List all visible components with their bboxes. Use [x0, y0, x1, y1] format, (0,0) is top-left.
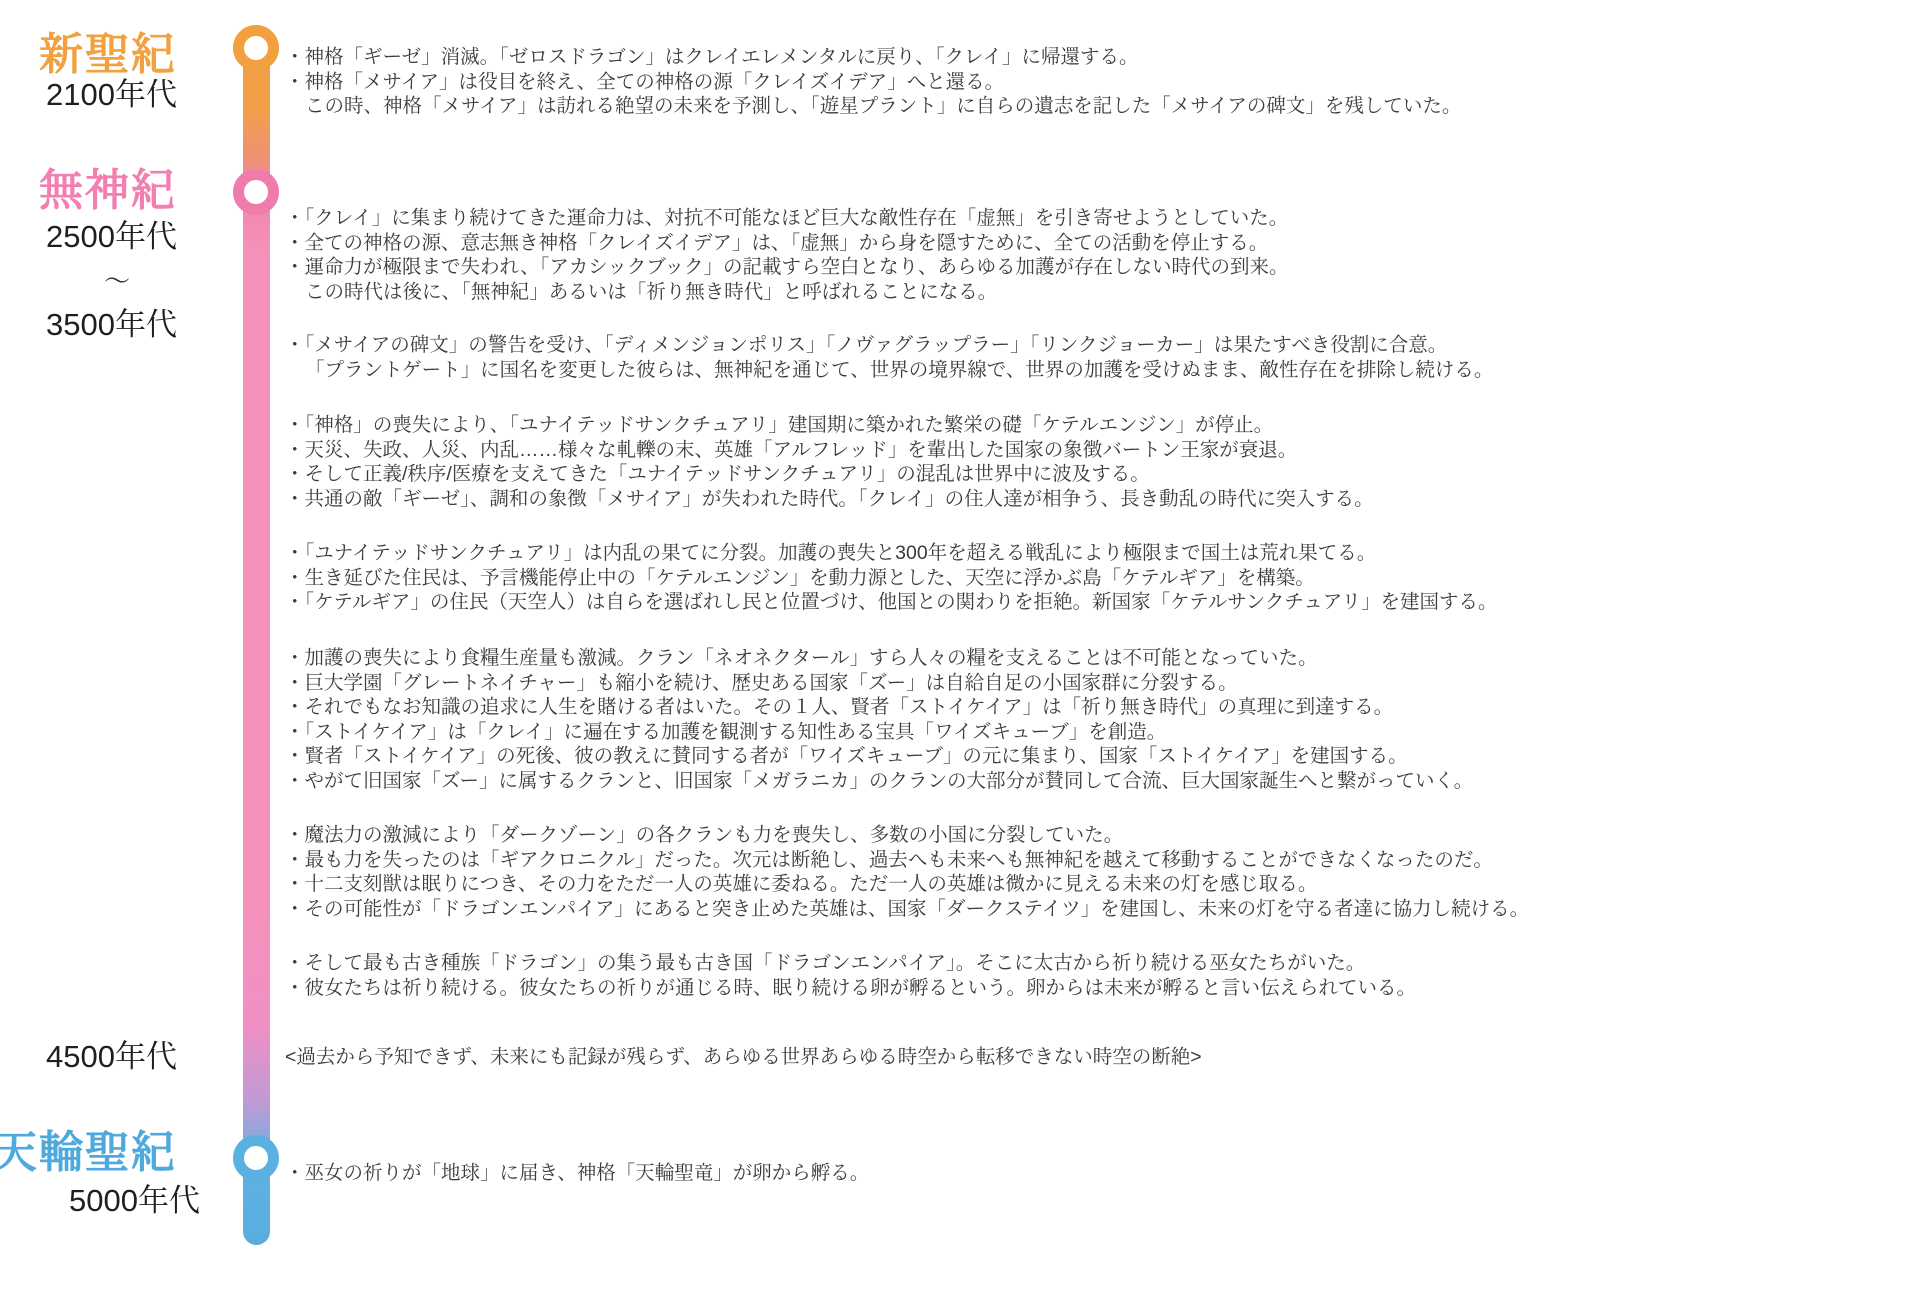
event-line: ・十二支刻獣は眠りにつき、その力をただ一人の英雄に委ねる。ただ一人の英雄は微かに…: [285, 872, 1529, 897]
event-line: ・彼女たちは祈り続ける。彼女たちの祈りが通じる時、眠り続ける卵が孵るという。卵か…: [285, 976, 1416, 1001]
event-line: ・賢者「ストイケイア」の死後、彼の教えに賛同する者が「ワイズキューブ」の元に集ま…: [285, 744, 1473, 769]
timeline-node-icon-shinseiki: [233, 25, 279, 71]
event-line: 「プラントゲート」に国名を変更した彼らは、無神紀を通じて、世界の境界線で、世界の…: [285, 358, 1493, 383]
event-line: ・そして正義/秩序/医療を支えてきた「ユナイテッドサンクチュアリ」の混乱は世界中…: [285, 462, 1374, 487]
era-label-tenrinseiki: 天輪聖紀: [0, 1131, 177, 1175]
event-line: ・生き延びた住民は、予言機能停止中の「ケテルエンジン」を動力源とした、天空に浮か…: [285, 566, 1498, 591]
event-line: ・運命力が極限まで失われ、「アカシックブック」の記載すら空白となり、あらゆる加護…: [285, 255, 1288, 280]
event-line: ・神格「ギーゼ」消滅。「ゼロスドラゴン」はクレイエレメンタルに戻り、「クレイ」に…: [285, 45, 1461, 70]
event-line: この時代は後に、「無神紀」あるいは「祈り無き時代」と呼ばれることになる。: [285, 280, 1288, 305]
events-block-stoicheia: ・加護の喪失により食糧生産量も激減。クラン「ネオネクタール」すら人々の糧を支える…: [285, 646, 1473, 794]
event-line: ・「ユナイテッドサンクチュアリ」は内乱の果てに分裂。加護の喪失と300年を超える…: [285, 541, 1498, 566]
event-line: ・巫女の祈りが「地球」に届き、神格「天輪聖竜」が卵から孵る。: [285, 1161, 869, 1186]
event-line: ・それでもなお知識の追求に人生を賭ける者はいた。その１人、賢者「ストイケイア」は…: [285, 695, 1473, 720]
event-line: ・天災、失政、人災、内乱……様々な軋轢の末、英雄「アルフレッド」を輩出した国家の…: [285, 438, 1374, 463]
era-year-range-tilde: 〜: [104, 268, 130, 294]
events-block-dragon-empire: ・そして最も古き種族「ドラゴン」の集う最も古き国「ドラゴンエンパイア」。そこに太…: [285, 951, 1416, 1000]
era-year-5000s: 5000年代: [69, 1185, 200, 1216]
event-line: ・加護の喪失により食糧生産量も激減。クラン「ネオネクタール」すら人々の糧を支える…: [285, 646, 1473, 671]
events-block-dark-states: ・魔法力の激減により「ダークゾーン」の各クランも力を喪失し、多数の小国に分裂して…: [285, 823, 1529, 921]
event-line: ・「メサイアの碑文」の警告を受け、「ディメンジョンポリス」「ノヴァグラップラー」…: [285, 333, 1493, 358]
era-year-4500s: 4500年代: [46, 1041, 177, 1072]
event-line: ・「クレイ」に集まり続けてきた運命力は、対抗不可能なほど巨大な敵性存在「虚無」を…: [285, 206, 1288, 231]
event-line: ・魔法力の激減により「ダークゾーン」の各クランも力を喪失し、多数の小国に分裂して…: [285, 823, 1529, 848]
event-line: ・全ての神格の源、意志無き神格「クレイズイデア」は、「虚無」から身を隠すために、…: [285, 231, 1288, 256]
events-block-sanctuary-decline: ・「神格」の喪失により、「ユナイテッドサンクチュアリ」建国期に築かれた繁栄の礎「…: [285, 413, 1374, 511]
event-line: ・やがて旧国家「ズー」に属するクランと、旧国家「メガラニカ」のクランの大部分が賛…: [285, 769, 1473, 794]
event-line: ・神格「メサイア」は役目を終え、全ての神格の源「クレイズイデア」へと還る。: [285, 70, 1461, 95]
event-line: ・共通の敵「ギーゼ」、調和の象徴「メサイア」が失われた時代。「クレイ」の住人達が…: [285, 487, 1374, 512]
event-line: <過去から予知できず、未来にも記録が残らず、あらゆる世界あらゆる時空から転移でき…: [285, 1045, 1202, 1070]
timeline-infographic: 新聖紀 2100年代 無神紀 2500年代 〜 3500年代 4500年代 天輪…: [0, 0, 1920, 1300]
era-year-3500s: 3500年代: [46, 309, 177, 340]
timeline-node-icon-tenrinseiki: [233, 1135, 279, 1181]
era-label-mushinki: 無神紀: [39, 169, 177, 213]
event-line: ・「ストイケイア」は「クレイ」に遍在する加護を観測する知性ある宝具「ワイズキュー…: [285, 720, 1473, 745]
events-block-plant-gate: ・「メサイアの碑文」の警告を受け、「ディメンジョンポリス」「ノヴァグラップラー」…: [285, 333, 1493, 382]
event-line: ・最も力を失ったのは「ギアクロニクル」だった。次元は断絶し、過去へも未来へも無神…: [285, 848, 1529, 873]
events-block-spacetime-severance-note: <過去から予知できず、未来にも記録が残らず、あらゆる世界あらゆる時空から転移でき…: [285, 1045, 1202, 1070]
era-year-2100s: 2100年代: [46, 79, 177, 110]
era-label-shinseiki: 新聖紀: [39, 33, 177, 77]
era-year-2500s: 2500年代: [46, 221, 177, 252]
event-line: ・その可能性が「ドラゴンエンパイア」にあると突き止めた英雄は、国家「ダークステイ…: [285, 897, 1529, 922]
event-line: ・そして最も古き種族「ドラゴン」の集う最も古き国「ドラゴンエンパイア」。そこに太…: [285, 951, 1416, 976]
event-line: この時、神格「メサイア」は訪れる絶望の未来を予測し、「遊星プラント」に自らの遺志…: [285, 94, 1461, 119]
events-block-tenrinseiki: ・巫女の祈りが「地球」に届き、神格「天輪聖竜」が卵から孵る。: [285, 1161, 869, 1186]
event-line: ・巨大学園「グレートネイチャー」も縮小を続け、歴史ある国家「ズー」は自給自足の小…: [285, 671, 1473, 696]
events-block-ketergia: ・「ユナイテッドサンクチュアリ」は内乱の果てに分裂。加護の喪失と300年を超える…: [285, 541, 1498, 615]
timeline-node-icon-mushinki: [233, 169, 279, 215]
event-line: ・「神格」の喪失により、「ユナイテッドサンクチュアリ」建国期に築かれた繁栄の礎「…: [285, 413, 1374, 438]
events-block-shinseiki: ・神格「ギーゼ」消滅。「ゼロスドラゴン」はクレイエレメンタルに戻り、「クレイ」に…: [285, 45, 1461, 119]
events-block-mushinki-start: ・「クレイ」に集まり続けてきた運命力は、対抗不可能なほど巨大な敵性存在「虚無」を…: [285, 206, 1288, 304]
event-line: ・「ケテルギア」の住民（天空人）は自らを選ばれし民と位置づけ、他国との関わりを拒…: [285, 590, 1498, 615]
